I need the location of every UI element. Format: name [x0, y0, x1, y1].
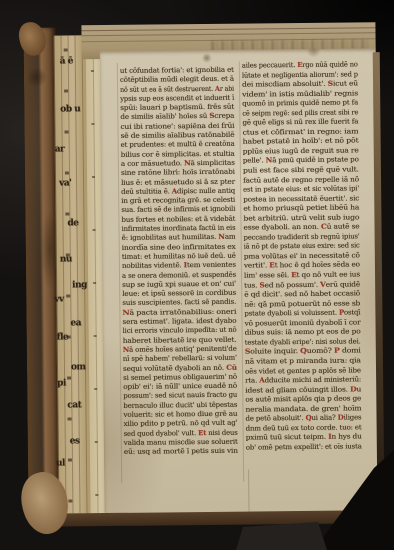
manuscript-line: eū: usq ad mortē ī petis suis vin: [124, 447, 238, 457]
rubric-initial: Q: [300, 347, 307, 355]
binding-fragment-letter: ea: [70, 319, 81, 328]
rubric-initial: V: [320, 280, 326, 288]
fragment-letters-layer: ā ēob uarva'denuingvveafleompicatesul: [23, 23, 110, 524]
rubric-initial: S: [245, 348, 251, 356]
rubric-initial: N: [184, 159, 191, 167]
binding-fragment-letter: om: [71, 363, 86, 372]
photo-background: { "scene": { "subject": "medieval manusc…: [0, 0, 394, 550]
rubric-initial: A: [215, 84, 220, 92]
text-column-right: ailes peccauerit. Ergo nūā quidē nolūtat…: [242, 60, 362, 453]
rubric-initial: N: [218, 233, 224, 241]
rubric-initial: E: [297, 61, 302, 69]
text-column-left: ut cōfundat fortia': et ignobilia etcōtē…: [120, 66, 238, 458]
rubric-initial: A: [259, 376, 264, 384]
rubric-initial: N: [122, 309, 129, 317]
binding-fragment-letter: de: [67, 219, 78, 228]
rubric-initial: N: [266, 157, 272, 165]
rubric-initial: E: [269, 262, 274, 270]
manuscript-book: ā ēob uarva'denuingvveafleompicatesul ut…: [23, 20, 384, 524]
rubric-initial: C: [321, 223, 327, 231]
binding-fragment-letter: fle: [57, 333, 69, 342]
rubric-initial: E: [291, 271, 297, 279]
rubric-initial: N: [123, 346, 129, 354]
binding-fragment-letter: nu: [60, 255, 72, 264]
binding-fragment-letter: ar: [55, 145, 65, 154]
rubric-initial: Et: [198, 429, 206, 437]
rubric-initial: D: [350, 385, 356, 393]
rubric-initial: S: [328, 80, 333, 88]
binding-fragment-letter: vv: [54, 295, 64, 304]
binding-fragment-letter: va': [59, 179, 71, 188]
rubric-initial: I: [328, 433, 331, 441]
rubric-initial: P: [339, 309, 344, 317]
binding-fragment-letter: ing: [72, 281, 87, 290]
bottom-page-edges: [59, 510, 381, 526]
binding-fragment-letter: es: [70, 437, 80, 446]
rubric-initial: P: [334, 347, 340, 355]
binding-fragment-letter: ā ē: [60, 57, 73, 66]
binding-fragment-letter: ob u: [60, 105, 80, 114]
binding-fragment-letter: pi: [57, 379, 66, 388]
rubric-initial: Cū: [226, 363, 237, 371]
rubric-initial: S: [209, 112, 214, 120]
manuscript-line: ob' omē petm expellit': et oīs iusta: [246, 442, 362, 453]
rubric-initial: D: [338, 414, 344, 422]
rubric-initial: Q: [306, 414, 312, 422]
rubric-initial: I: [184, 261, 187, 269]
binding-fragment-letter: cat: [67, 401, 81, 410]
rubric-initial: A: [172, 187, 177, 195]
binding-fragment-letter: ul: [56, 459, 65, 468]
manuscript-leaf: ut cōfundat fortia': et ignobilia etcōtē…: [100, 48, 381, 515]
rubric-initial: S: [259, 281, 264, 289]
